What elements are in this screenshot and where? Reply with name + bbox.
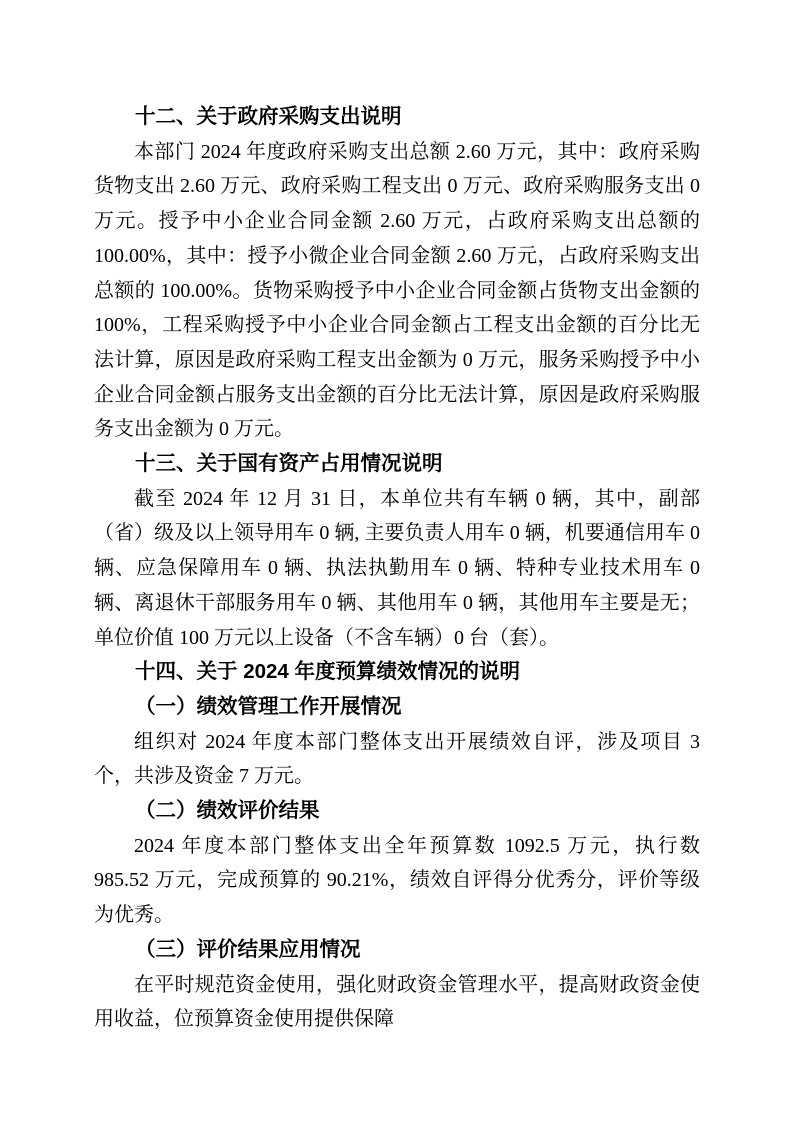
body-paragraph: 截至 2024 年 12 月 31 日，本单位共有车辆 0 辆，其中，副部（省）… (94, 482, 700, 656)
section-subheading: （三）评价结果应用情况 (94, 933, 700, 968)
document-content: 十二、关于政府采购支出说明本部门 2024 年度政府采购支出总额 2.60 万元… (94, 100, 700, 1037)
body-paragraph: 组织对 2024 年度本部门整体支出开展绩效自评，涉及项目 3 个，共涉及资金 … (94, 725, 700, 794)
body-paragraph: 本部门 2024 年度政府采购支出总额 2.60 万元，其中：政府采购货物支出 … (94, 135, 700, 447)
body-paragraph: 在平时规范资金使用，强化财政资金管理水平，提高财政资金使用收益，位预算资金使用提… (94, 968, 700, 1037)
section-heading: 十三、关于国有资产占用情况说明 (94, 447, 700, 482)
section-subheading: （一）绩效管理工作开展情况 (94, 690, 700, 725)
body-paragraph: 2024 年度本部门整体支出全年预算数 1092.5 万元，执行数 985.52… (94, 829, 700, 933)
section-heading: 十二、关于政府采购支出说明 (94, 100, 700, 135)
section-heading: 十四、关于 2024 年度预算绩效情况的说明 (94, 655, 700, 690)
section-subheading: （二）绩效评价结果 (94, 794, 700, 829)
document-page: 十二、关于政府采购支出说明本部门 2024 年度政府采购支出总额 2.60 万元… (0, 0, 793, 1122)
